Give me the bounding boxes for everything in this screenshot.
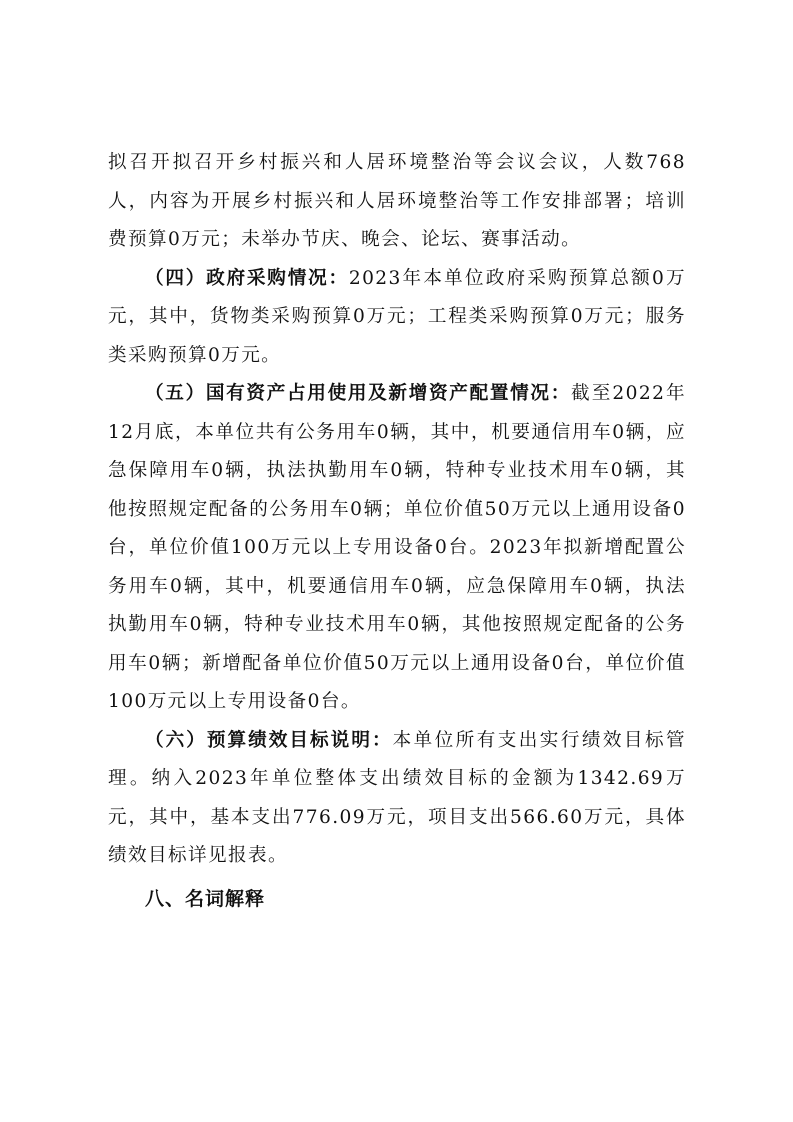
paragraph-lead-heading: （四）政府采购情况： (145, 268, 349, 289)
document-page: 拟召开拟召开乡村振兴和人居环境整治等会议会议，人数768人，内容为开展乡村振兴和… (108, 144, 686, 918)
paragraph-state-assets: （五）国有资产占用使用及新增资产配置情况：截至2022年12月底，本单位共有公务… (108, 375, 686, 722)
paragraph-lead-heading: （五）国有资产占用使用及新增资产配置情况： (145, 383, 571, 404)
paragraph-performance-targets: （六）预算绩效目标说明：本单位所有支出实行绩效目标管理。纳入2023年单位整体支… (108, 722, 686, 876)
section-heading-glossary: 八、名词解释 (108, 880, 686, 919)
paragraph-text: 截至2022年12月底，本单位共有公务用车0辆，其中，机要通信用车0辆，应急保障… (108, 383, 686, 712)
paragraph-government-procurement: （四）政府采购情况：2023年本单位政府采购预算总额0万元，其中，货物类采购预算… (108, 260, 686, 376)
paragraph-text: 拟召开拟召开乡村振兴和人居环境整治等会议会议，人数768人，内容为开展乡村振兴和… (108, 152, 686, 250)
paragraph-meeting-training: 拟召开拟召开乡村振兴和人居环境整治等会议会议，人数768人，内容为开展乡村振兴和… (108, 144, 686, 260)
paragraph-lead-heading: （六）预算绩效目标说明： (145, 730, 393, 751)
